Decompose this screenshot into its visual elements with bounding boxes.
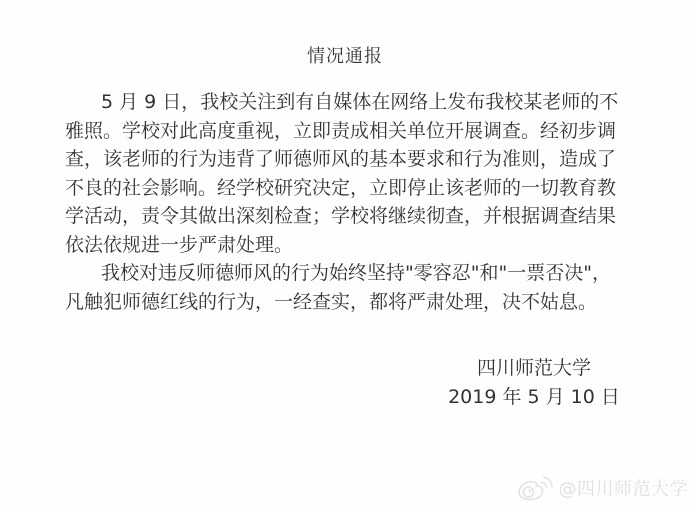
signature-block: 四川师范大学 2019 年 5 月 10 日 bbox=[414, 354, 654, 412]
body-line: 凡触犯师德红线的行为，一经查实，都将严肃处理，决不姑息。 bbox=[65, 288, 650, 317]
notice-title: 情况通报 bbox=[0, 42, 690, 68]
weibo-watermark: @四川师范大学 bbox=[516, 473, 689, 503]
body-line: 我校对违反师德师风的行为始终坚持"零容忍"和"一票否决"， bbox=[65, 259, 650, 288]
signature-date: 2019 年 5 月 10 日 bbox=[414, 383, 654, 412]
weibo-icon bbox=[516, 473, 554, 503]
paragraph-1: 5 月 9 日，我校关注到有自媒体在网络上发布我校某老师的不 雅照。学校对此高度… bbox=[65, 88, 650, 259]
body-line: 5 月 9 日，我校关注到有自媒体在网络上发布我校某老师的不 bbox=[65, 88, 650, 117]
notice-body: 5 月 9 日，我校关注到有自媒体在网络上发布我校某老师的不 雅照。学校对此高度… bbox=[65, 88, 650, 316]
body-line: 查，该老师的行为违背了师德师风的基本要求和行为准则，造成了 bbox=[65, 145, 650, 174]
body-line: 雅照。学校对此高度重视，立即责成相关单位开展调查。经初步调 bbox=[65, 117, 650, 146]
body-line: 不良的社会影响。经学校研究决定，立即停止该老师的一切教育教 bbox=[65, 174, 650, 203]
body-line: 依法依规进一步严肃处理。 bbox=[65, 231, 650, 260]
paragraph-2: 我校对违反师德师风的行为始终坚持"零容忍"和"一票否决"， 凡触犯师德红线的行为… bbox=[65, 259, 650, 316]
body-line: 学活动，责令其做出深刻检查；学校将继续彻查，并根据调查结果 bbox=[65, 202, 650, 231]
signature-org: 四川师范大学 bbox=[414, 354, 654, 383]
notice-document: 情况通报 5 月 9 日，我校关注到有自媒体在网络上发布我校某老师的不 雅照。学… bbox=[0, 0, 690, 506]
watermark-text: @四川师范大学 bbox=[559, 475, 689, 501]
